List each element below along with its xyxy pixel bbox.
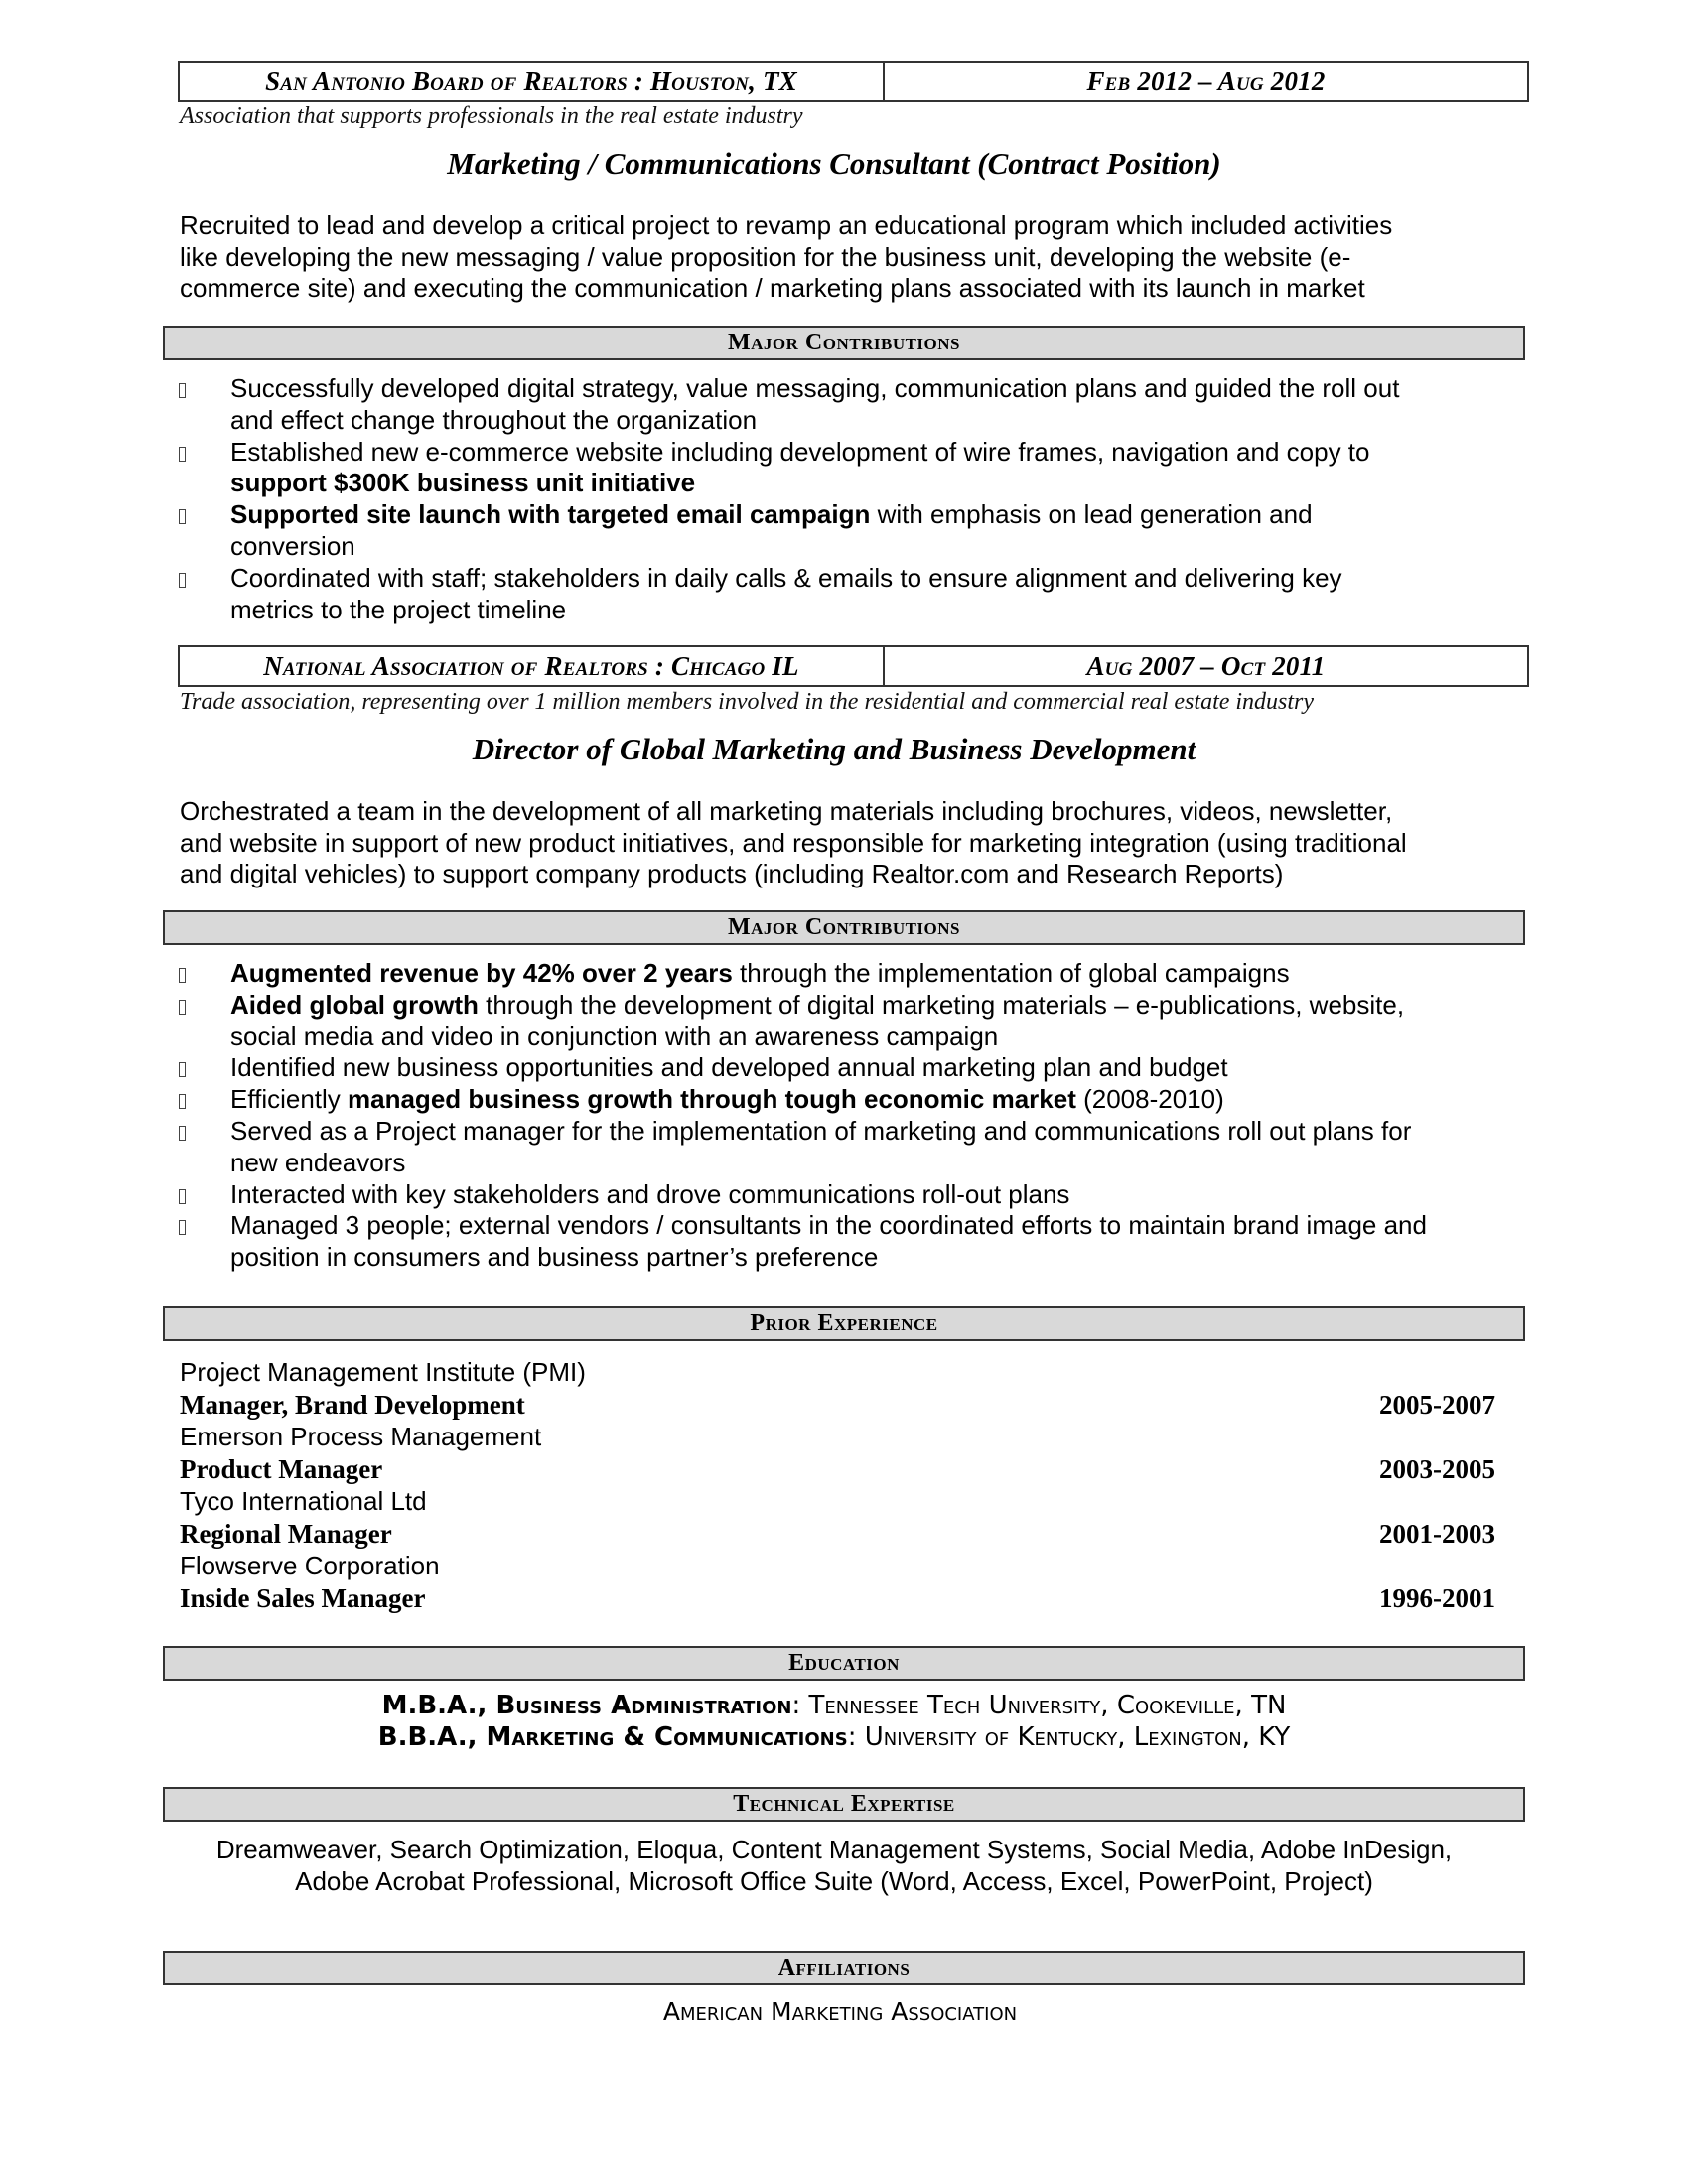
contribution-item: Supported site launch with targeted emai…: [179, 499, 1549, 563]
bullet-icon: [179, 1189, 186, 1204]
prior-role-row: Product Manager2003-2005: [180, 1453, 1495, 1486]
contribution-line: Successfully developed digital strategy,…: [230, 373, 1549, 405]
degree-line: B.B.A., Marketing & Communications: Univ…: [0, 1721, 1678, 1753]
technical-expertise-list: Dreamweaver, Search Optimization, Eloqua…: [0, 1834, 1678, 1897]
job-2-contributions-header: Major Contributions: [163, 910, 1525, 945]
tech-line: Dreamweaver, Search Optimization, Eloqua…: [0, 1834, 1678, 1865]
prior-company: Tyco International Ltd: [180, 1485, 1495, 1518]
body-text: position in consumers and business partn…: [230, 1242, 878, 1272]
job-1-contributions-header: Major Contributions: [163, 326, 1525, 360]
job-1-dates: Feb 2012 – Aug 2012: [885, 63, 1527, 100]
emphasis-text: Supported site launch with targeted emai…: [230, 499, 870, 529]
job-2-contributions-list: Augmented revenue by 42% over 2 years th…: [179, 958, 1549, 1274]
job-1-title: Marketing / Communications Consultant (C…: [0, 146, 1678, 182]
job-2-dates: Aug 2007 – Oct 2011: [885, 647, 1527, 685]
bullet-icon: [179, 1094, 186, 1109]
prior-experience-list: Project Management Institute (PMI) Manag…: [180, 1356, 1495, 1614]
contribution-line: Served as a Project manager for the impl…: [230, 1116, 1549, 1148]
summary-line: like developing the new messaging / valu…: [180, 242, 1540, 274]
body-text: Coordinated with staff; stakeholders in …: [230, 563, 1342, 593]
contribution-item: Aided global growth through the developm…: [179, 990, 1549, 1053]
contribution-line: metrics to the project timeline: [230, 595, 1549, 626]
prior-role: Manager, Brand Development: [180, 1389, 525, 1422]
prior-experience-header: Prior Experience: [163, 1306, 1525, 1341]
prior-entry: Project Management Institute (PMI) Manag…: [180, 1356, 1495, 1421]
contribution-line: Coordinated with staff; stakeholders in …: [230, 563, 1549, 595]
prior-company: Emerson Process Management: [180, 1421, 1495, 1453]
contribution-line: Efficiently managed business growth thro…: [230, 1084, 1549, 1116]
contribution-line: conversion: [230, 531, 1549, 563]
body-text: social media and video in conjunction wi…: [230, 1022, 998, 1051]
degree-school: University of Kentucky, Lexington, KY: [865, 1722, 1291, 1752]
body-text: through the development of digital marke…: [479, 990, 1404, 1020]
contribution-line: social media and video in conjunction wi…: [230, 1022, 1549, 1053]
prior-role-row: Manager, Brand Development2005-2007: [180, 1389, 1495, 1422]
emphasis-text: managed business growth through tough ec…: [348, 1084, 1076, 1114]
prior-role-row: Regional Manager2001-2003: [180, 1518, 1495, 1551]
job-2-employer: National Association of Realtors : Chica…: [180, 647, 885, 685]
body-text: Served as a Project manager for the impl…: [230, 1116, 1411, 1146]
tech-line: Adobe Acrobat Professional, Microsoft Of…: [0, 1865, 1678, 1897]
emphasis-text: support $300K business unit initiative: [230, 468, 695, 497]
education-header: Education: [163, 1646, 1525, 1681]
contribution-line: support $300K business unit initiative: [230, 468, 1549, 499]
emphasis-text: Aided global growth: [230, 990, 479, 1020]
contribution-line: Managed 3 people; external vendors / con…: [230, 1210, 1549, 1242]
body-text: and effect change throughout the organiz…: [230, 405, 757, 435]
bullet-icon: [179, 1220, 186, 1235]
body-text: metrics to the project timeline: [230, 595, 566, 624]
contribution-line: Established new e-commerce website inclu…: [230, 437, 1549, 469]
contribution-line: Interacted with key stakeholders and dro…: [230, 1179, 1549, 1211]
contribution-item: Coordinated with staff; stakeholders in …: [179, 563, 1549, 626]
contribution-line: and effect change throughout the organiz…: [230, 405, 1549, 437]
summary-line: and digital vehicles) to support company…: [180, 859, 1540, 890]
prior-role-row: Inside Sales Manager1996-2001: [180, 1582, 1495, 1615]
prior-years: 2003-2005: [1379, 1453, 1495, 1486]
affiliations-header: Affiliations: [163, 1951, 1525, 1985]
body-text: through the implementation of global cam…: [733, 958, 1290, 988]
job-1-description: Association that supports professionals …: [180, 103, 803, 130]
job-2-description: Trade association, representing over 1 m…: [180, 689, 1314, 716]
body-text: with emphasis on lead generation and: [870, 499, 1312, 529]
contribution-item: Served as a Project manager for the impl…: [179, 1116, 1549, 1179]
prior-role: Inside Sales Manager: [180, 1582, 426, 1615]
contribution-item: Managed 3 people; external vendors / con…: [179, 1210, 1549, 1274]
job-1-employer: San Antonio Board of Realtors : Houston,…: [180, 63, 885, 100]
bullet-icon: [179, 1062, 186, 1077]
contribution-line: Augmented revenue by 42% over 2 years th…: [230, 958, 1549, 990]
bullet-icon: [179, 573, 186, 588]
body-text: (2008-2010): [1076, 1084, 1224, 1114]
contribution-item: Established new e-commerce website inclu…: [179, 437, 1549, 500]
contribution-item: Augmented revenue by 42% over 2 years th…: [179, 958, 1549, 990]
prior-entry: Flowserve Corporation Inside Sales Manag…: [180, 1550, 1495, 1614]
job-1-header-box: San Antonio Board of Realtors : Houston,…: [178, 61, 1529, 102]
prior-company: Project Management Institute (PMI): [180, 1356, 1495, 1389]
summary-line: commerce site) and executing the communi…: [180, 273, 1540, 305]
job-2-summary: Orchestrated a team in the development o…: [180, 796, 1540, 890]
prior-years: 2001-2003: [1379, 1518, 1495, 1551]
contribution-line: position in consumers and business partn…: [230, 1242, 1549, 1274]
body-text: Managed 3 people; external vendors / con…: [230, 1210, 1427, 1240]
prior-years: 1996-2001: [1379, 1582, 1495, 1615]
prior-company: Flowserve Corporation: [180, 1550, 1495, 1582]
job-2-title: Director of Global Marketing and Busines…: [0, 732, 1678, 767]
bullet-icon: [179, 447, 186, 462]
body-text: Identified new business opportunities an…: [230, 1052, 1228, 1082]
contribution-item: Successfully developed digital strategy,…: [179, 373, 1549, 437]
prior-entry: Tyco International Ltd Regional Manager2…: [180, 1485, 1495, 1550]
affiliation-item: American Marketing Association: [0, 1997, 1684, 2026]
bullet-icon: [179, 1000, 186, 1015]
body-text: conversion: [230, 531, 355, 561]
contribution-item: Efficiently managed business growth thro…: [179, 1084, 1549, 1116]
bullet-icon: [179, 383, 186, 398]
contribution-line: Supported site launch with targeted emai…: [230, 499, 1549, 531]
summary-line: Recruited to lead and develop a critical…: [180, 210, 1540, 242]
summary-line: and website in support of new product in…: [180, 828, 1540, 860]
degree-school: Tennessee Tech University, Cookeville, T…: [809, 1691, 1287, 1720]
body-text: Successfully developed digital strategy,…: [230, 373, 1399, 403]
contribution-line: Identified new business opportunities an…: [230, 1052, 1549, 1084]
education-list: M.B.A., Business Administration: Tenness…: [0, 1690, 1678, 1753]
bullet-icon: [179, 968, 186, 983]
technical-expertise-header: Technical Expertise: [163, 1787, 1525, 1822]
degree-name: M.B.A., Business Administration: [382, 1691, 792, 1720]
bullet-icon: [179, 509, 186, 524]
summary-line: Orchestrated a team in the development o…: [180, 796, 1540, 828]
contribution-item: Identified new business opportunities an…: [179, 1052, 1549, 1084]
prior-entry: Emerson Process Management Product Manag…: [180, 1421, 1495, 1485]
degree-line: M.B.A., Business Administration: Tenness…: [0, 1690, 1678, 1721]
contribution-line: Aided global growth through the developm…: [230, 990, 1549, 1022]
bullet-icon: [179, 1126, 186, 1141]
prior-role: Regional Manager: [180, 1518, 392, 1551]
body-text: Established new e-commerce website inclu…: [230, 437, 1370, 467]
body-text: Interacted with key stakeholders and dro…: [230, 1179, 1069, 1209]
prior-years: 2005-2007: [1379, 1389, 1495, 1422]
emphasis-text: Augmented revenue by 42% over 2 years: [230, 958, 733, 988]
contribution-item: Interacted with key stakeholders and dro…: [179, 1179, 1549, 1211]
prior-role: Product Manager: [180, 1453, 382, 1486]
job-1-contributions-list: Successfully developed digital strategy,…: [179, 373, 1549, 625]
job-2-header-box: National Association of Realtors : Chica…: [178, 645, 1529, 687]
body-text: new endeavors: [230, 1148, 405, 1177]
contribution-line: new endeavors: [230, 1148, 1549, 1179]
job-1-summary: Recruited to lead and develop a critical…: [180, 210, 1540, 305]
body-text: Efficiently: [230, 1084, 348, 1114]
degree-name: B.B.A., Marketing & Communications: [378, 1722, 848, 1752]
